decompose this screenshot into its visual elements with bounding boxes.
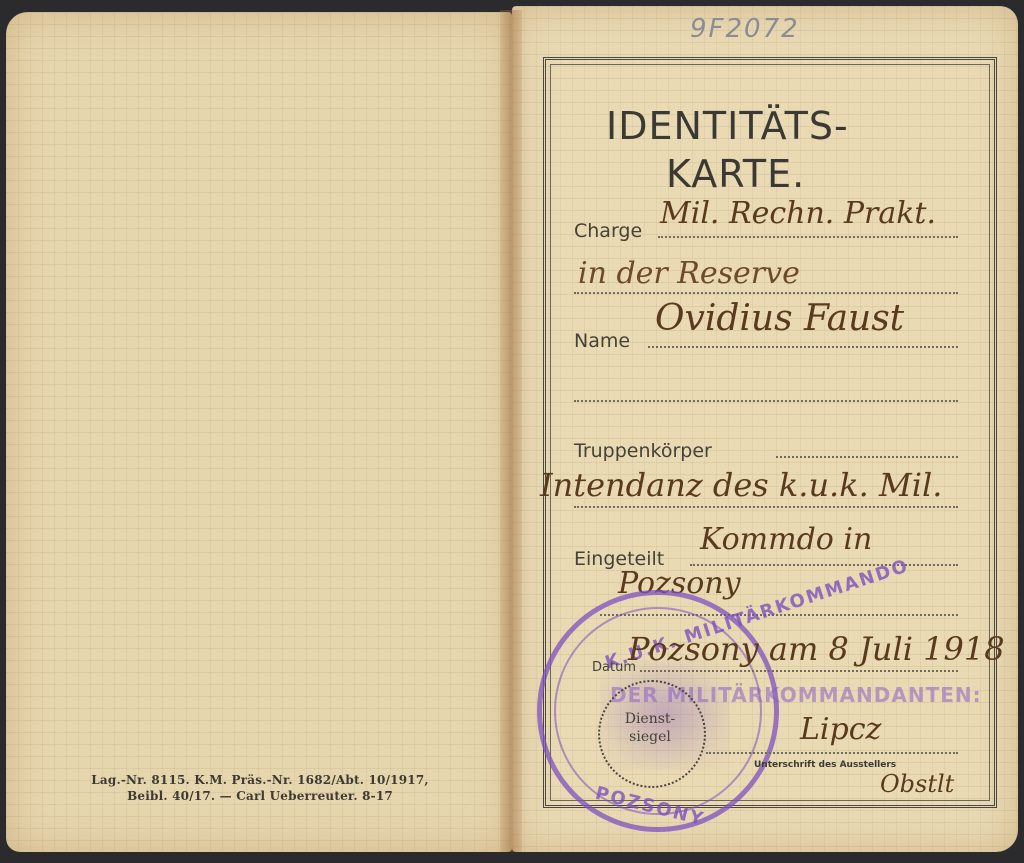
truppenkoerper-line — [776, 456, 958, 458]
card-title-line-1: IDENTITÄTS- — [606, 104, 1024, 148]
truppenkoerper-line-2 — [574, 506, 958, 508]
booklet-spine — [500, 10, 522, 852]
name-label: Name — [574, 330, 630, 352]
signature-rank: Obstlt — [880, 770, 954, 798]
seal-label-line-2: siegel — [598, 728, 702, 746]
truppenkoerper-label: Truppenkörper — [574, 440, 712, 462]
left-page — [6, 12, 512, 852]
seal-label-line-1: Dienst- — [598, 710, 702, 728]
signature-label: Unterschrift des Ausstellers — [754, 760, 896, 770]
charge-value-2: in der Reserve — [578, 256, 800, 291]
datum-value: Pozsony am 8 Juli 1918 — [628, 630, 1005, 668]
signature-value: Lipcz — [800, 712, 881, 747]
card-title-line-2: KARTE. — [666, 152, 1024, 196]
charge-value: Mil. Rechn. Prakt. — [660, 196, 936, 231]
truppenkoerper-value: Intendanz des k.u.k. Mil. — [540, 466, 942, 504]
signature-line — [706, 752, 958, 754]
name-line-2 — [574, 400, 958, 402]
imprint-line-2: Beibl. 40/17. — Carl Ueberreuter. 8-17 — [40, 788, 480, 804]
charge-line — [658, 236, 958, 238]
name-line — [648, 346, 958, 348]
name-value: Ovidius Faust — [655, 298, 904, 339]
seal-label: Dienst- siegel — [598, 710, 702, 746]
printer-imprint: Lag.-Nr. 8115. K.M. Präs.-Nr. 1682/Abt. … — [40, 772, 480, 804]
charge-line-2 — [574, 292, 958, 294]
imprint-line-1: Lag.-Nr. 8115. K.M. Präs.-Nr. 1682/Abt. … — [40, 772, 480, 788]
charge-label: Charge — [574, 220, 642, 242]
pencil-inventory-number: 9F2072 — [690, 14, 800, 44]
eingeteilt-value: Kommdo in — [700, 522, 872, 557]
datum-line — [640, 670, 958, 672]
